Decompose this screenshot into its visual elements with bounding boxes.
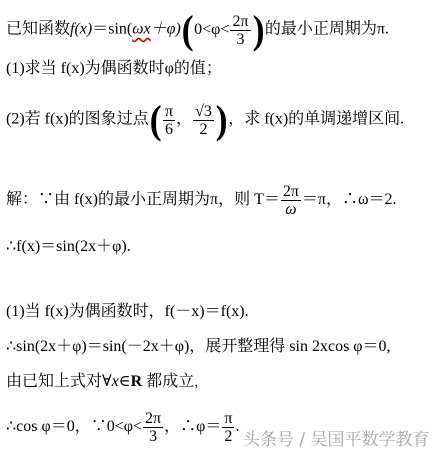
watermark: 头条号 / 吴国平数学教育 bbox=[243, 425, 430, 450]
solution-line-1: 解：∵由 f(x)的最小正周期为π，则 T＝2πω＝π，∴ω＝2. bbox=[6, 183, 397, 218]
fraction-numerator: 2π bbox=[281, 183, 301, 201]
range-fraction: 2π3 bbox=[143, 410, 163, 445]
fraction-numerator: 2π bbox=[143, 410, 163, 428]
condition-fraction: 2π3 bbox=[230, 13, 250, 48]
problem-stem: 已知函数f(x)＝sin(ωx＋φ)(0<φ<2π3)的最小正周期为π. bbox=[6, 10, 389, 50]
fraction-numerator: √3 bbox=[193, 103, 214, 121]
part2-prefix: (2)若 f(x)的图象过点 bbox=[6, 111, 149, 128]
fraction-denominator: ω bbox=[281, 201, 301, 218]
solution-line1-suffix: ＝π，∴ω＝2. bbox=[302, 191, 397, 208]
solution-line-3: (1)当 f(x)为偶函数时，f(－x)＝f(x). bbox=[6, 302, 249, 322]
solution-line-2: ∴f(x)＝sin(2x＋φ). bbox=[6, 237, 131, 257]
left-paren: ( bbox=[149, 100, 161, 140]
condition: 0<φ<2π3 bbox=[194, 13, 251, 48]
solution-line-6: ∴cos φ＝0，∵0<φ<2π3，∴φ＝π2. bbox=[6, 410, 239, 445]
solution-line-5: 由已知上式对∀x∈R 都成立, bbox=[6, 372, 198, 392]
right-paren: ) bbox=[216, 100, 228, 140]
stem-omega-x: ωx bbox=[132, 21, 150, 38]
condition-left: 0<φ< bbox=[194, 21, 229, 38]
left-paren: ( bbox=[181, 10, 193, 50]
line5-x: x bbox=[112, 373, 119, 390]
line6-suffix: . bbox=[235, 418, 239, 435]
fraction-denominator: 3 bbox=[230, 31, 250, 48]
line5-in: ∈ bbox=[119, 373, 131, 390]
phi-fraction: π2 bbox=[222, 410, 234, 445]
part1-question: (1)求当 f(x)为偶函数时φ的值； bbox=[6, 59, 222, 79]
fraction-denominator: 3 bbox=[143, 428, 163, 445]
part2-question: (2)若 f(x)的图象过点(π6，√32)，求 f(x)的单调递增区间. bbox=[6, 100, 404, 140]
fraction-denominator: 2 bbox=[193, 121, 214, 138]
fraction-numerator: π bbox=[163, 103, 175, 121]
line5-r: R bbox=[131, 373, 143, 390]
stem-func: f(x) bbox=[70, 21, 92, 38]
fraction-denominator: 6 bbox=[163, 121, 175, 138]
fraction-numerator: π bbox=[222, 410, 234, 428]
line6-mid: ，∴φ＝ bbox=[164, 418, 221, 435]
point-y-fraction: √32 bbox=[193, 103, 214, 138]
fraction-numerator: 2π bbox=[230, 13, 250, 31]
point-comma: ， bbox=[176, 111, 192, 128]
stem-suffix: 的最小正周期为π. bbox=[265, 21, 389, 38]
right-paren: ) bbox=[252, 10, 264, 50]
period-fraction: 2πω bbox=[281, 183, 301, 218]
stem-prefix: 已知函数 bbox=[6, 21, 70, 38]
fraction-denominator: 2 bbox=[222, 428, 234, 445]
part2-suffix: ，求 f(x)的单调递增区间. bbox=[228, 111, 404, 128]
line5-prefix: 由已知上式对∀ bbox=[6, 373, 112, 390]
stem-plus-phi: ＋φ) bbox=[151, 21, 181, 38]
point-x-fraction: π6 bbox=[163, 103, 175, 138]
stem-eq: ＝sin( bbox=[92, 21, 132, 38]
solution-line-4: ∴sin(2x＋φ)＝sin(－2x＋φ)，展开整理得 sin 2xcos φ＝… bbox=[6, 337, 391, 357]
line5-suffix: 都成立, bbox=[142, 373, 198, 390]
solution-line1-prefix: 解：∵由 f(x)的最小正周期为π，则 T＝ bbox=[6, 191, 280, 208]
line6-prefix: ∴cos φ＝0，∵0<φ< bbox=[6, 418, 142, 435]
